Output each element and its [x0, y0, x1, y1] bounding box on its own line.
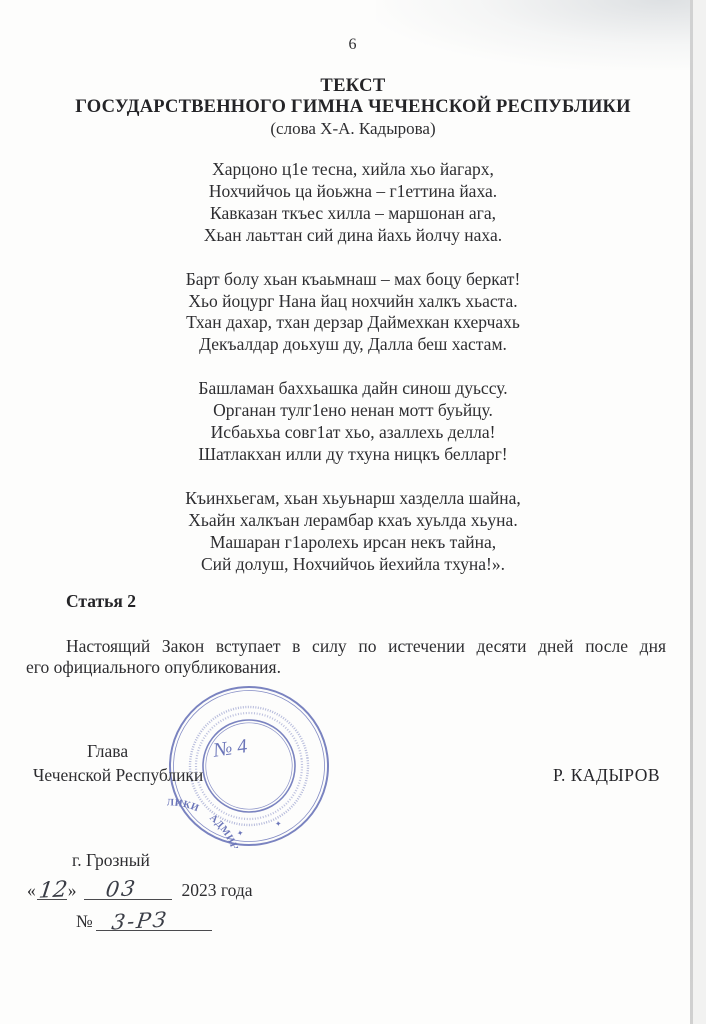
- stanza-3: Башламан баххьашка дайн синош дуьссу. Ор…: [0, 378, 706, 466]
- month-blank: 03: [84, 880, 172, 900]
- number-blank: 3-РЗ: [96, 911, 212, 931]
- open-quote-char: «: [27, 880, 36, 900]
- doc-title-line1: ТЕКСТ: [0, 75, 706, 97]
- anthem-line: Нохчийчоь ца йоьжна – г1еттина йаха.: [0, 181, 706, 203]
- anthem-line: Сий долуш, Нохчийчоь йехийла тхуна!».: [0, 554, 706, 576]
- paragraph-line: его официального опубликования.: [26, 657, 666, 678]
- anthem-line: Тхан дахар, тхан дерзар Даймехкан кхерча…: [0, 312, 706, 334]
- close-quote-char: »: [68, 880, 77, 900]
- stamp-microtext-ring: [189, 706, 309, 826]
- scan-corner-shadow: [376, 0, 696, 70]
- number-label: №: [76, 911, 93, 931]
- stanza-1: Харцоно ц1е тесна, хийла хьо йагарх, Нох…: [0, 159, 706, 247]
- doc-title-line2: ГОСУДАРСТВЕННОГО ГИМНА ЧЕЧЕНСКОЙ РЕСПУБЛ…: [0, 97, 706, 118]
- year-text: 2023 года: [182, 880, 253, 900]
- anthem-line: Къинхьегам, хьан хьуьнарш хазделла шайна…: [0, 488, 706, 510]
- signatory-title-line1: Глава: [87, 741, 128, 762]
- article-heading: Статья 2: [66, 591, 136, 612]
- anthem-line: Хьо йоцург Нана йац нохчийн халкъ хьаста…: [0, 291, 706, 313]
- number-handwritten: 3-РЗ: [110, 908, 169, 935]
- document-page: 6 ТЕКСТ ГОСУДАРСТВЕННОГО ГИМНА ЧЕЧЕНСКОЙ…: [0, 0, 706, 1024]
- day-handwritten: 12: [37, 877, 68, 903]
- anthem-line: Харцоно ц1е тесна, хийла хьо йагарх,: [0, 159, 706, 181]
- doc-subtitle: (слова Х-А. Кадырова): [0, 118, 706, 140]
- article-paragraph: Настоящий Закон вступает в силу по истеч…: [26, 636, 666, 678]
- date-line: «12»032023 года: [27, 880, 253, 901]
- month-handwritten: 03: [104, 876, 138, 902]
- anthem-line: Хьайн халкъан лерамбар кхаъ хуьлда хьуна…: [0, 510, 706, 532]
- stanza-4: Къинхьегам, хьан хьуьнарш хазделла шайна…: [0, 488, 706, 576]
- anthem-line: Хьан лаьттан сий дина йахь йолчу наха.: [0, 225, 706, 247]
- number-line: №3-РЗ: [76, 911, 212, 932]
- day-blank: 12: [37, 880, 67, 900]
- anthem-line: Исбаьхьа совг1ат хьо, азаллехь делла!: [0, 422, 706, 444]
- anthem-line: Барт болу хьан къаьмнаш – мах боцу берка…: [0, 269, 706, 291]
- document-title-block: ТЕКСТ ГОСУДАРСТВЕННОГО ГИМНА ЧЕЧЕНСКОЙ Р…: [0, 75, 706, 140]
- anthem-line: Шатлакхан илли ду тхуна ницкъ белларг!: [0, 444, 706, 466]
- anthem-line: Декъалдар доьхуш ду, Далла беш хастам.: [0, 334, 706, 356]
- page-number: 6: [0, 36, 706, 54]
- anthem-line: Башламан баххьашка дайн синош дуьссу.: [0, 378, 706, 400]
- stamp-separator-icon: ✦: [274, 819, 282, 829]
- signatory-title-line2: Чеченской Республики: [33, 765, 203, 786]
- anthem-line: Машаран г1аролехь ирсан некъ тайна,: [0, 532, 706, 554]
- anthem-text: Харцоно ц1е тесна, хийла хьо йагарх, Нох…: [0, 159, 706, 598]
- anthem-line: Кавказан ткъес хилла – маршонан ага,: [0, 203, 706, 225]
- anthem-line: Органан тулг1ено ненан мотт буьйцу.: [0, 400, 706, 422]
- stamp-number: № 4: [211, 735, 249, 762]
- stanza-2: Барт болу хьан къаьмнаш – мах боцу берка…: [0, 269, 706, 357]
- paragraph-line: Настоящий Закон вступает в силу по истеч…: [26, 636, 666, 657]
- city-line: г. Грозный: [72, 850, 150, 871]
- signatory-name: Р. КАДЫРОВ: [553, 765, 660, 786]
- stamp-separator-icon: ✦: [236, 828, 244, 838]
